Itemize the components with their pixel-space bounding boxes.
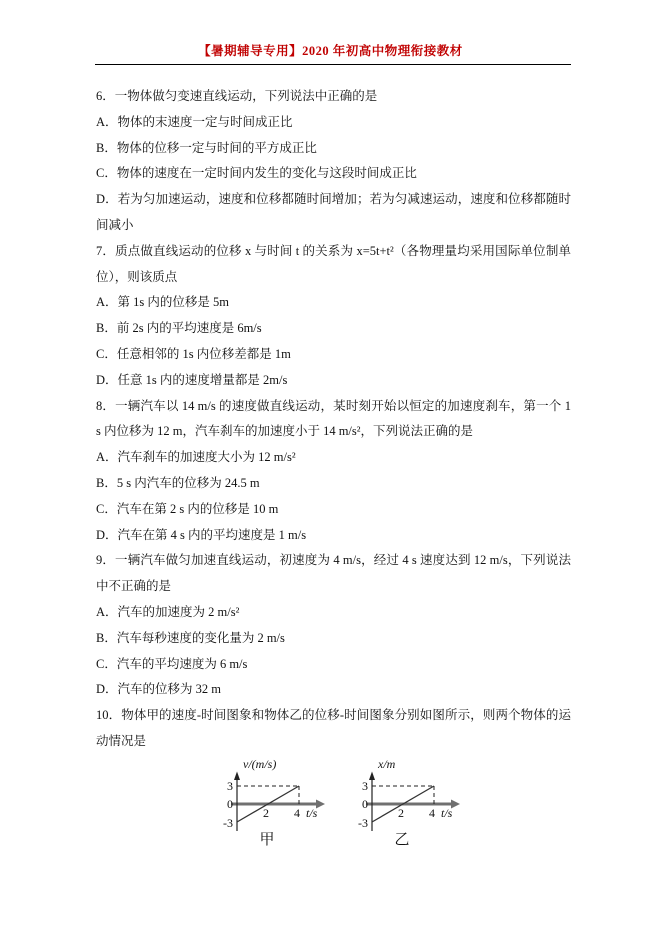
- question-9-option-a: A．汽车的加速度为 2 m/s²: [96, 600, 571, 626]
- question-7-option-b: B．前 2s 内的平均速度是 6m/s: [96, 316, 571, 342]
- x-axis-label: t/s: [306, 806, 318, 820]
- document-page: 【暑期辅导专用】2020 年初高中物理衔接教材 6．一物体做匀变速直线运动，下列…: [0, 0, 661, 935]
- question-6-stem: 6．一物体做匀变速直线运动，下列说法中正确的是: [96, 84, 571, 110]
- question-10: 10．物体甲的速度-时间图象和物体乙的位移-时间图象分别如图所示，则两个物体的运…: [96, 703, 571, 755]
- y-axis-arrow-icon: [369, 772, 375, 781]
- question-8: 8．一辆汽车以 14 m/s 的速度做直线运动，某时刻开始以恒定的加速度刹车，第…: [96, 394, 571, 549]
- y-axis-arrow-icon: [234, 772, 240, 781]
- x-tick-4: 4: [429, 806, 435, 820]
- question-9-option-d: D．汽车的位移为 32 m: [96, 677, 571, 703]
- question-list: 6．一物体做匀变速直线运动，下列说法中正确的是 A．物体的末速度一定与时间成正比…: [96, 84, 571, 755]
- question-6-option-d: D．若为匀加速运动，速度和位移都随时间增加；若为匀减速运动，速度和位移都随时间减…: [96, 187, 571, 239]
- question-6: 6．一物体做匀变速直线运动，下列说法中正确的是 A．物体的末速度一定与时间成正比…: [96, 84, 571, 239]
- question-9-option-c: C．汽车的平均速度为 6 m/s: [96, 652, 571, 678]
- question-7-stem: 7．质点做直线运动的位移 x 与时间 t 的关系为 x=5t+t²（各物理量均采…: [96, 239, 571, 291]
- figure-caption-yi: 乙: [394, 832, 409, 848]
- y-tick-3: 3: [227, 779, 233, 793]
- y-tick-neg3: -3: [358, 816, 368, 830]
- question-6-option-b: B．物体的位移一定与时间的平方成正比: [96, 136, 571, 162]
- figure-caption-jia: 甲: [259, 831, 274, 848]
- header-rule: [95, 64, 571, 65]
- question-8-option-a: A．汽车刹车的加速度大小为 12 m/s²: [96, 445, 571, 471]
- question-6-option-a: A．物体的末速度一定与时间成正比: [96, 110, 571, 136]
- y-tick-0: 0: [362, 797, 368, 811]
- question-8-option-c: C．汽车在第 2 s 内的位移是 10 m: [96, 497, 571, 523]
- question-9: 9．一辆汽车做匀加速直线运动，初速度为 4 m/s，经过 4 s 速度达到 12…: [96, 548, 571, 703]
- y-axis-label: v/(m/s): [243, 757, 276, 771]
- x-tick-2: 2: [263, 806, 269, 820]
- y-axis-label: x/m: [377, 757, 396, 771]
- figure-yi-position-time-graph: x/m 3 0 -3 2 4 t/s 乙: [330, 754, 465, 848]
- y-tick-neg3: -3: [223, 816, 233, 830]
- x-tick-2: 2: [398, 806, 404, 820]
- x-axis-label: t/s: [441, 806, 453, 820]
- y-tick-0: 0: [227, 797, 233, 811]
- question-7: 7．质点做直线运动的位移 x 与时间 t 的关系为 x=5t+t²（各物理量均采…: [96, 239, 571, 394]
- page-header: 【暑期辅导专用】2020 年初高中物理衔接教材: [0, 41, 661, 59]
- x-axis-arrow-icon: [316, 800, 325, 809]
- question-9-stem: 9．一辆汽车做匀加速直线运动，初速度为 4 m/s，经过 4 s 速度达到 12…: [96, 548, 571, 600]
- question-7-option-d: D．任意 1s 内的速度增量都是 2m/s: [96, 368, 571, 394]
- question-7-option-a: A．第 1s 内的位移是 5m: [96, 290, 571, 316]
- question-7-option-c: C．任意相邻的 1s 内位移差都是 1m: [96, 342, 571, 368]
- question-8-option-b: B．5 s 内汽车的位移为 24.5 m: [96, 471, 571, 497]
- question-6-option-c: C．物体的速度在一定时间内发生的变化与这段时间成正比: [96, 161, 571, 187]
- y-tick-3: 3: [362, 779, 368, 793]
- x-tick-4: 4: [294, 806, 300, 820]
- figure-jia-velocity-time-graph: v/(m/s) 3 0 -3 2 4 t/s 甲: [195, 754, 330, 848]
- question-8-option-d: D．汽车在第 4 s 内的平均速度是 1 m/s: [96, 523, 571, 549]
- question-10-stem: 10．物体甲的速度-时间图象和物体乙的位移-时间图象分别如图所示，则两个物体的运…: [96, 703, 571, 755]
- x-axis-arrow-icon: [451, 800, 460, 809]
- figure-row: v/(m/s) 3 0 -3 2 4 t/s 甲 x/m 3 0 -3 2 4 …: [195, 754, 465, 848]
- question-8-stem: 8．一辆汽车以 14 m/s 的速度做直线运动，某时刻开始以恒定的加速度刹车，第…: [96, 394, 571, 446]
- question-9-option-b: B．汽车每秒速度的变化量为 2 m/s: [96, 626, 571, 652]
